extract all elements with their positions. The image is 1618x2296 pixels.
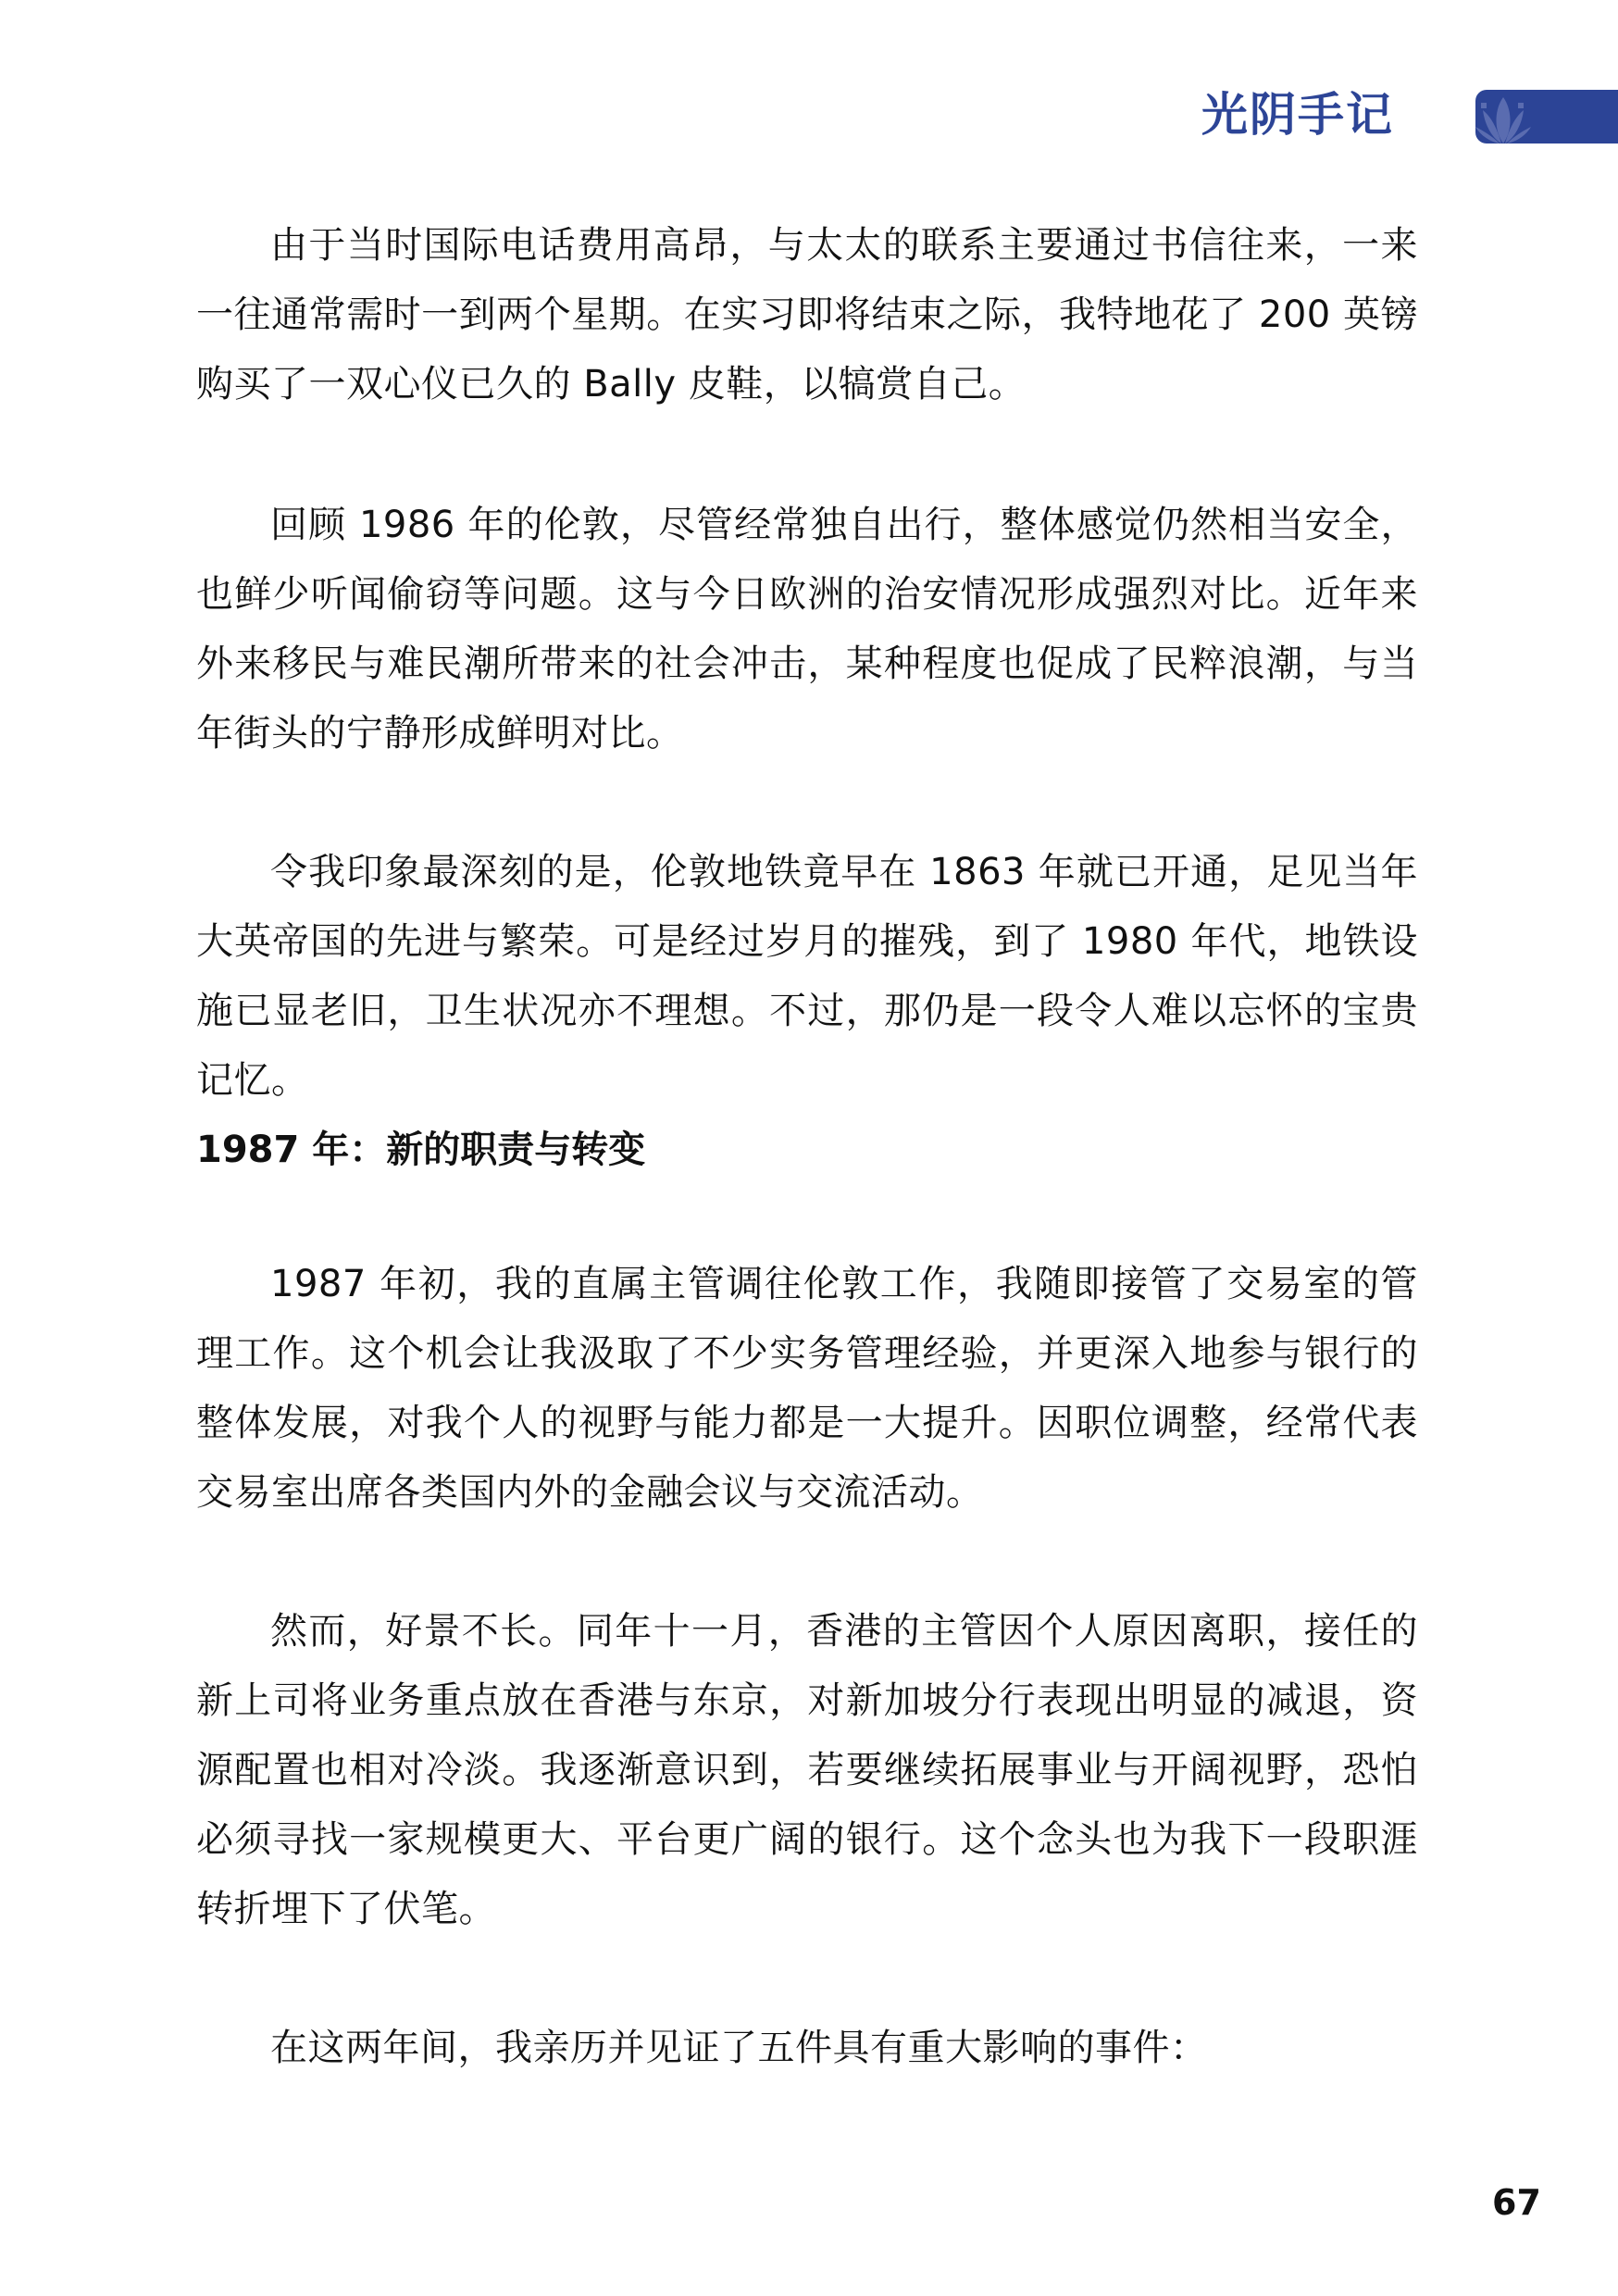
paragraph: 1987 年初，我的直属主管调往伦敦工作，我随即接管了交易室的管理工作。这个机会…: [196, 1250, 1418, 1528]
paragraph: 令我印象最深刻的是，伦敦地铁竟早在 1863 年就已开通，足见当年大英帝国的先进…: [196, 838, 1418, 1116]
section-heading: 1987 年：新的职责与转变: [196, 1116, 645, 1185]
paragraph: 然而，好景不长。同年十一月，香港的主管因个人原因离职，接任的新上司将业务重点放在…: [196, 1597, 1418, 1944]
lotus-icon: [1475, 90, 1618, 143]
paragraph: 由于当时国际电话费用高昂，与太太的联系主要通过书信往来，一来一往通常需时一到两个…: [196, 211, 1418, 419]
header-tab: [1475, 90, 1618, 143]
paragraph: 在这两年间，我亲历并见证了五件具有重大影响的事件：: [196, 2014, 1418, 2083]
paragraph: 回顾 1986 年的伦敦，尽管经常独自出行，整体感觉仍然相当安全，也鲜少听闻偷窃…: [196, 491, 1418, 768]
page-number: 67: [1492, 2179, 1541, 2226]
book-title: 光阴手记: [1201, 85, 1394, 144]
